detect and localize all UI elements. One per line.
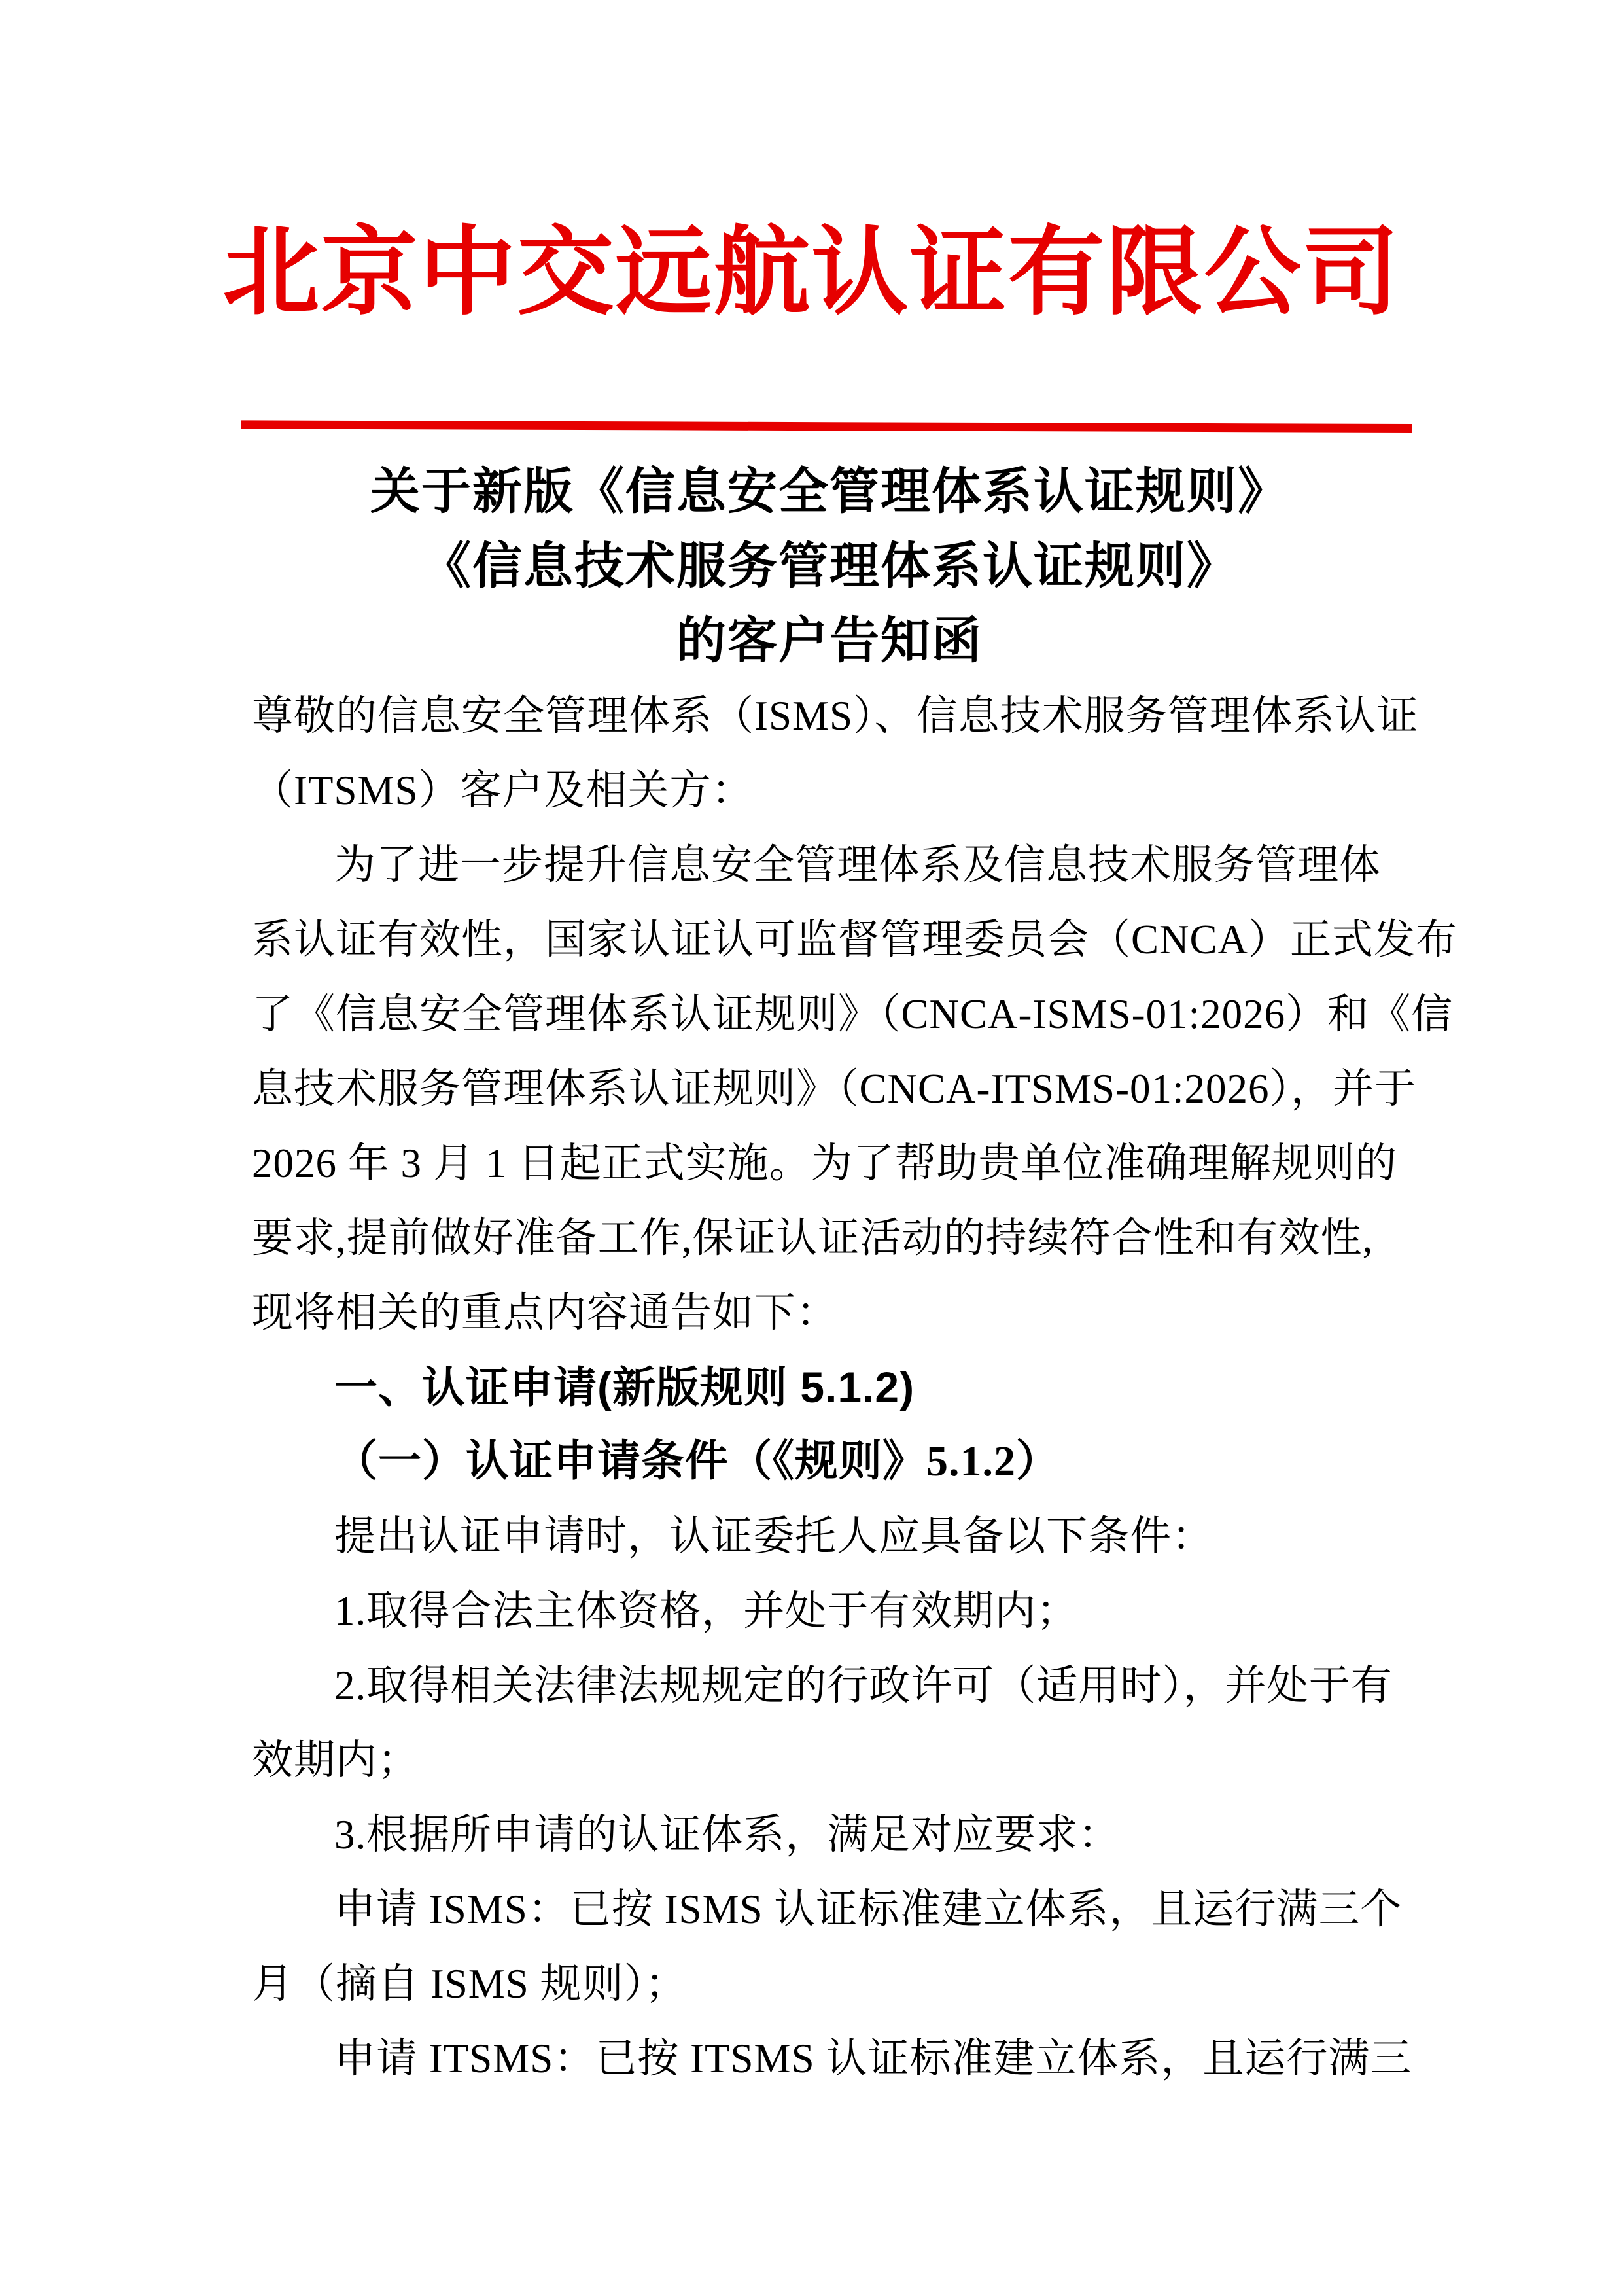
body-line-7: 2026 年 3 月 1 日起正式实施。为了帮助贵单位准确理解规则的 (252, 1126, 1407, 1201)
document-content: 关于新版《信息安全管理体系认证规则》 《信息技术服务管理体系认证规则》 的客户告… (252, 455, 1407, 2096)
doc-title-line-2: 《信息技术服务管理体系认证规则》 (252, 529, 1407, 604)
body-line-19: 申请 ITSMS：已按 ITSMS 认证标准建立体系，且运行满三 (252, 2021, 1407, 2096)
body-line-13: 1.取得合法主体资格，并处于有效期内； (252, 1574, 1407, 1648)
body-line-1: 尊敬的信息安全管理体系（ISMS）、信息技术服务管理体系认证 (252, 679, 1407, 753)
body-line-6: 息技术服务管理体系认证规则》（CNCA-ITSMS-01:2026），并于 (252, 1051, 1407, 1126)
body-line-9: 现将相关的重点内容通告如下： (252, 1275, 1407, 1350)
body-line-8: 要求,提前做好准备工作,保证认证活动的持续符合性和有效性, (252, 1201, 1407, 1275)
section-heading-1: 一、认证申请(新版规则 5.1.2) (252, 1350, 1407, 1424)
doc-title-line-3: 的客户告知函 (252, 604, 1407, 679)
body-line-18: 月（摘自 ISMS 规则）； (252, 1947, 1407, 2021)
section-heading-1-1: （一）认证申请条件（《规则》5.1.2） (252, 1424, 1407, 1499)
doc-title-line-1: 关于新版《信息安全管理体系认证规则》 (252, 455, 1407, 529)
body-line-5: 了《信息安全管理体系认证规则》（CNCA-ISMS-01:2026）和《信 (252, 977, 1407, 1051)
body-line-12: 提出认证申请时，认证委托人应具备以下条件： (252, 1499, 1407, 1574)
body-line-16: 3.根据所申请的认证体系，满足对应要求： (252, 1797, 1407, 1872)
body-line-17: 申请 ISMS：已按 ISMS 认证标准建立体系，且运行满三个 (252, 1872, 1407, 1947)
header-divider (241, 420, 1412, 433)
company-name: 北京中交远航认证有限公司 (0, 208, 1623, 339)
body-line-15: 效期内； (252, 1723, 1407, 1797)
body-line-14: 2.取得相关法律法规规定的行政许可（适用时），并处于有 (252, 1648, 1407, 1723)
body-line-3: 为了进一步提升信息安全管理体系及信息技术服务管理体 (252, 828, 1407, 902)
body-line-4: 系认证有效性，国家认证认可监督管理委员会（CNCA）正式发布 (252, 902, 1407, 977)
body-line-2: （ITSMS）客户及相关方： (252, 753, 1407, 828)
document-page: 北京中交远航认证有限公司 关于新版《信息安全管理体系认证规则》 《信息技术服务管… (0, 0, 1623, 2296)
